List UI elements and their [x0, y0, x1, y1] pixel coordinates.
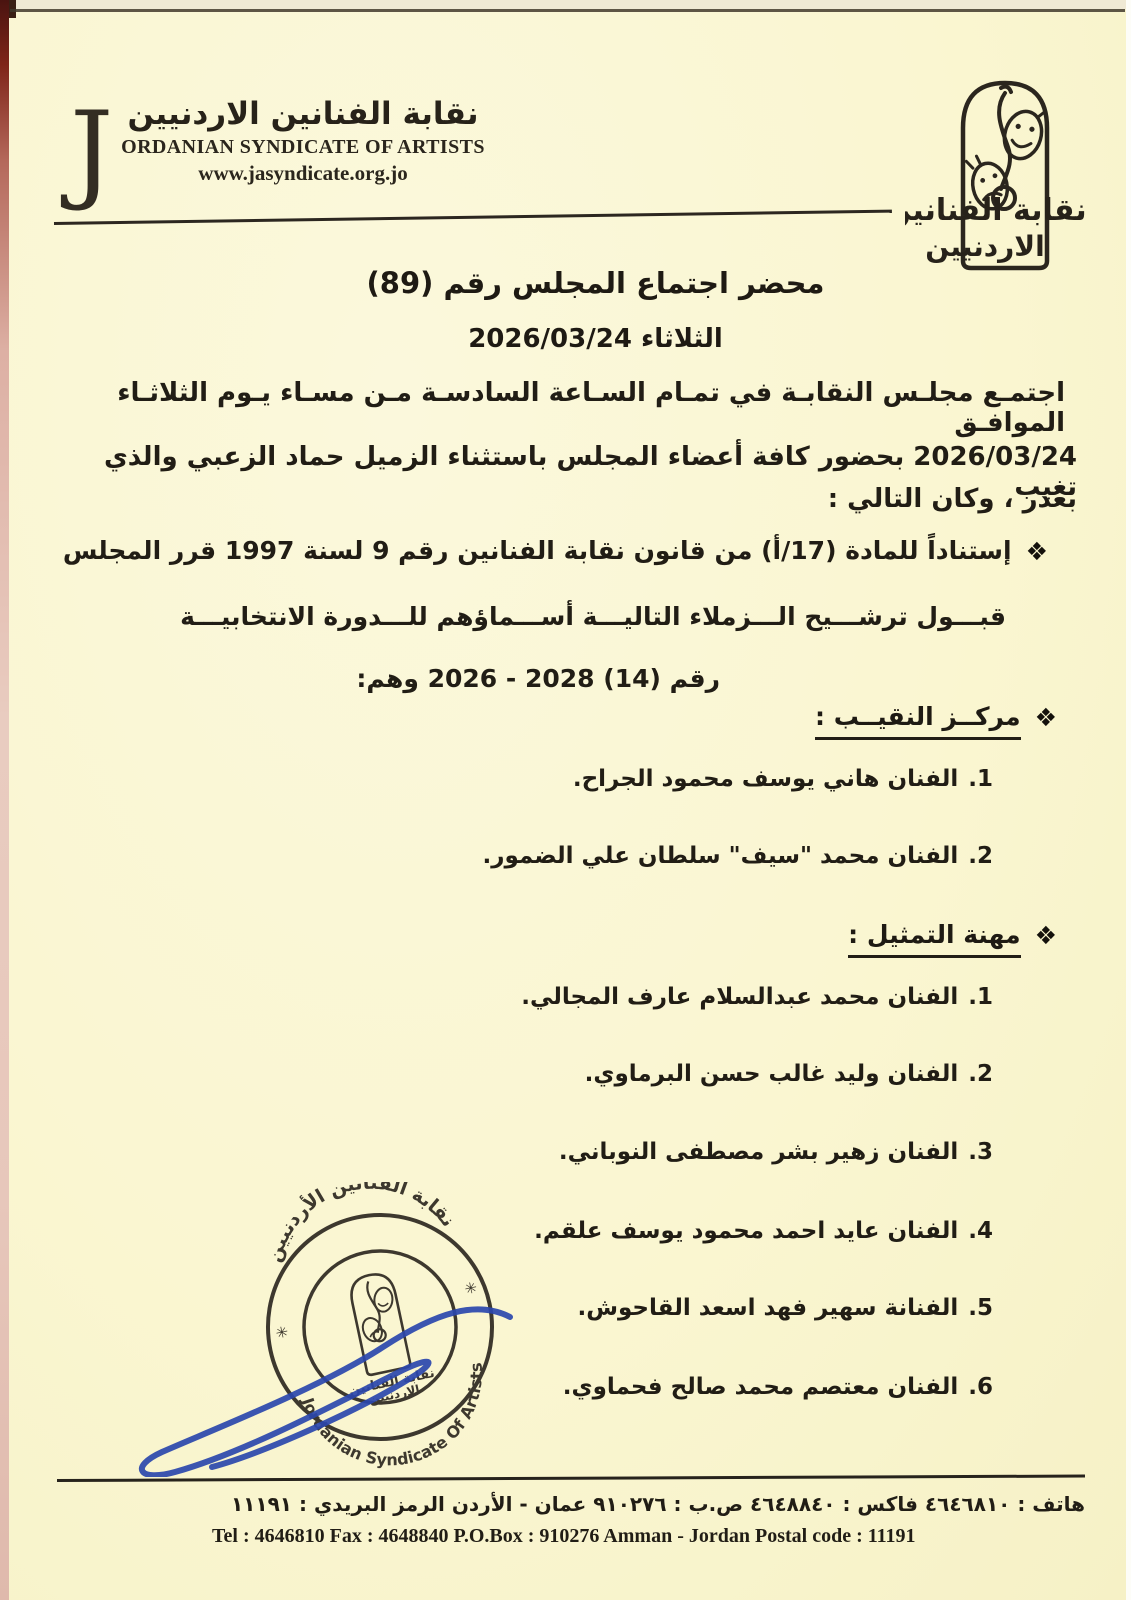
list-item: 2.الفنان وليد غالب حسن البرماوي. — [585, 1061, 993, 1087]
list-item: 1.الفنان هاني يوسف محمود الجراح. — [573, 766, 993, 792]
header-divider — [54, 210, 892, 225]
decision-line-3: رقم (14) ‎2026 - 2028‎ وهم: — [58, 664, 1048, 693]
document-page: J نقابة الفنانين الاردنيين ORDANIAN SYND… — [0, 0, 1131, 1600]
section-heading-text: مركــز النقيــب : — [815, 702, 1021, 740]
decision-line-1: ❖إستناداً للمادة (17/أ) من قانون نقابة ا… — [58, 536, 1048, 565]
item-text: الفنان وليد غالب حسن البرماوي. — [585, 1061, 959, 1087]
footer-contact-arabic: هاتف : ٤٦٤٦٨١٠ فاكس : ٤٦٤٨٨٤٠ ص.ب : ٩١٠٢… — [180, 1492, 1085, 1516]
syndicate-logo-icon: نقابة الفنانين الاردنيين — [905, 58, 1105, 293]
item-text: الفنان محمد عبدالسلام عارف المجالي. — [521, 984, 958, 1010]
intro-line-1: اجتمـع مجلـس النقابـة في تمـام السـاعة ا… — [56, 378, 1077, 438]
decision-line-2: قبـــول ترشـــيح الـــزملاء التاليـــة أ… — [58, 602, 1048, 631]
org-website: www.jasyndicate.org.jo — [110, 161, 496, 186]
scan-edge-right — [1126, 0, 1131, 1600]
item-text: الفنان عايد احمد محمود يوسف علقم. — [534, 1218, 958, 1244]
list-item: 3.الفنان زهير بشر مصطفى النوباني. — [559, 1139, 993, 1165]
section-heading-acting: ❖مهنة التمثيل : — [848, 920, 1057, 949]
section-heading-president: ❖مركــز النقيــب : — [815, 702, 1057, 731]
list-item: 4.الفنان عايد احمد محمود يوسف علقم. — [534, 1218, 993, 1244]
logo-caption-line1: نقابة الفنانين — [905, 193, 1087, 228]
letterhead-j-mark: J — [70, 98, 113, 206]
intro-line-3: بعذر ، وكان التالي : — [56, 484, 1077, 514]
scan-edge-top — [0, 0, 1131, 9]
item-number: 4. — [968, 1218, 993, 1244]
scan-edge-top-line — [10, 9, 1125, 12]
logo-caption-line2: الاردنيين — [925, 230, 1045, 263]
item-text: الفنان معتصم محمد صالح فحماوي. — [563, 1374, 958, 1400]
diamond-bullet-icon: ❖ — [1035, 703, 1057, 732]
item-text: الفنان هاني يوسف محمود الجراح. — [573, 766, 958, 792]
footer-contact-english: Tel : 4646810 Fax : 4648840 P.O.Box : 91… — [212, 1525, 916, 1548]
diamond-bullet-icon: ❖ — [1026, 537, 1048, 566]
item-number: 1. — [968, 984, 993, 1010]
org-name-english: ORDANIAN SYNDICATE OF ARTISTS — [110, 136, 496, 159]
item-number: 5. — [968, 1295, 993, 1321]
item-number: 2. — [968, 843, 993, 869]
document-title: محضر اجتماع المجلس رقم (89) — [80, 266, 1111, 300]
item-number: 6. — [968, 1374, 993, 1400]
item-text: الفنانة سهير فهد اسعد القاحوش. — [578, 1295, 959, 1321]
document-date: الثلاثاء 2026/03/24 — [80, 324, 1111, 354]
item-number: 1. — [968, 766, 993, 792]
decision-text-1: إستناداً للمادة (17/أ) من قانون نقابة ال… — [63, 536, 1012, 565]
item-number: 3. — [968, 1139, 993, 1165]
list-item: 2.الفنان محمد "سيف" سلطان علي الضمور. — [483, 843, 993, 869]
item-number: 2. — [968, 1061, 993, 1087]
section-heading-text: مهنة التمثيل : — [848, 920, 1020, 958]
list-item: 5.الفنانة سهير فهد اسعد القاحوش. — [578, 1295, 993, 1321]
letterhead: نقابة الفنانين الاردنيين ORDANIAN SYNDIC… — [110, 96, 496, 186]
org-name-arabic: نقابة الفنانين الاردنيين — [110, 96, 496, 132]
scan-edge-left — [0, 0, 9, 1600]
diamond-bullet-icon: ❖ — [1035, 921, 1057, 950]
item-text: الفنان زهير بشر مصطفى النوباني. — [559, 1139, 958, 1165]
signature — [115, 1292, 545, 1477]
item-text: الفنان محمد "سيف" سلطان علي الضمور. — [483, 843, 959, 869]
list-item: 1.الفنان محمد عبدالسلام عارف المجالي. — [521, 984, 993, 1010]
list-item: 6.الفنان معتصم محمد صالح فحماوي. — [563, 1374, 993, 1400]
